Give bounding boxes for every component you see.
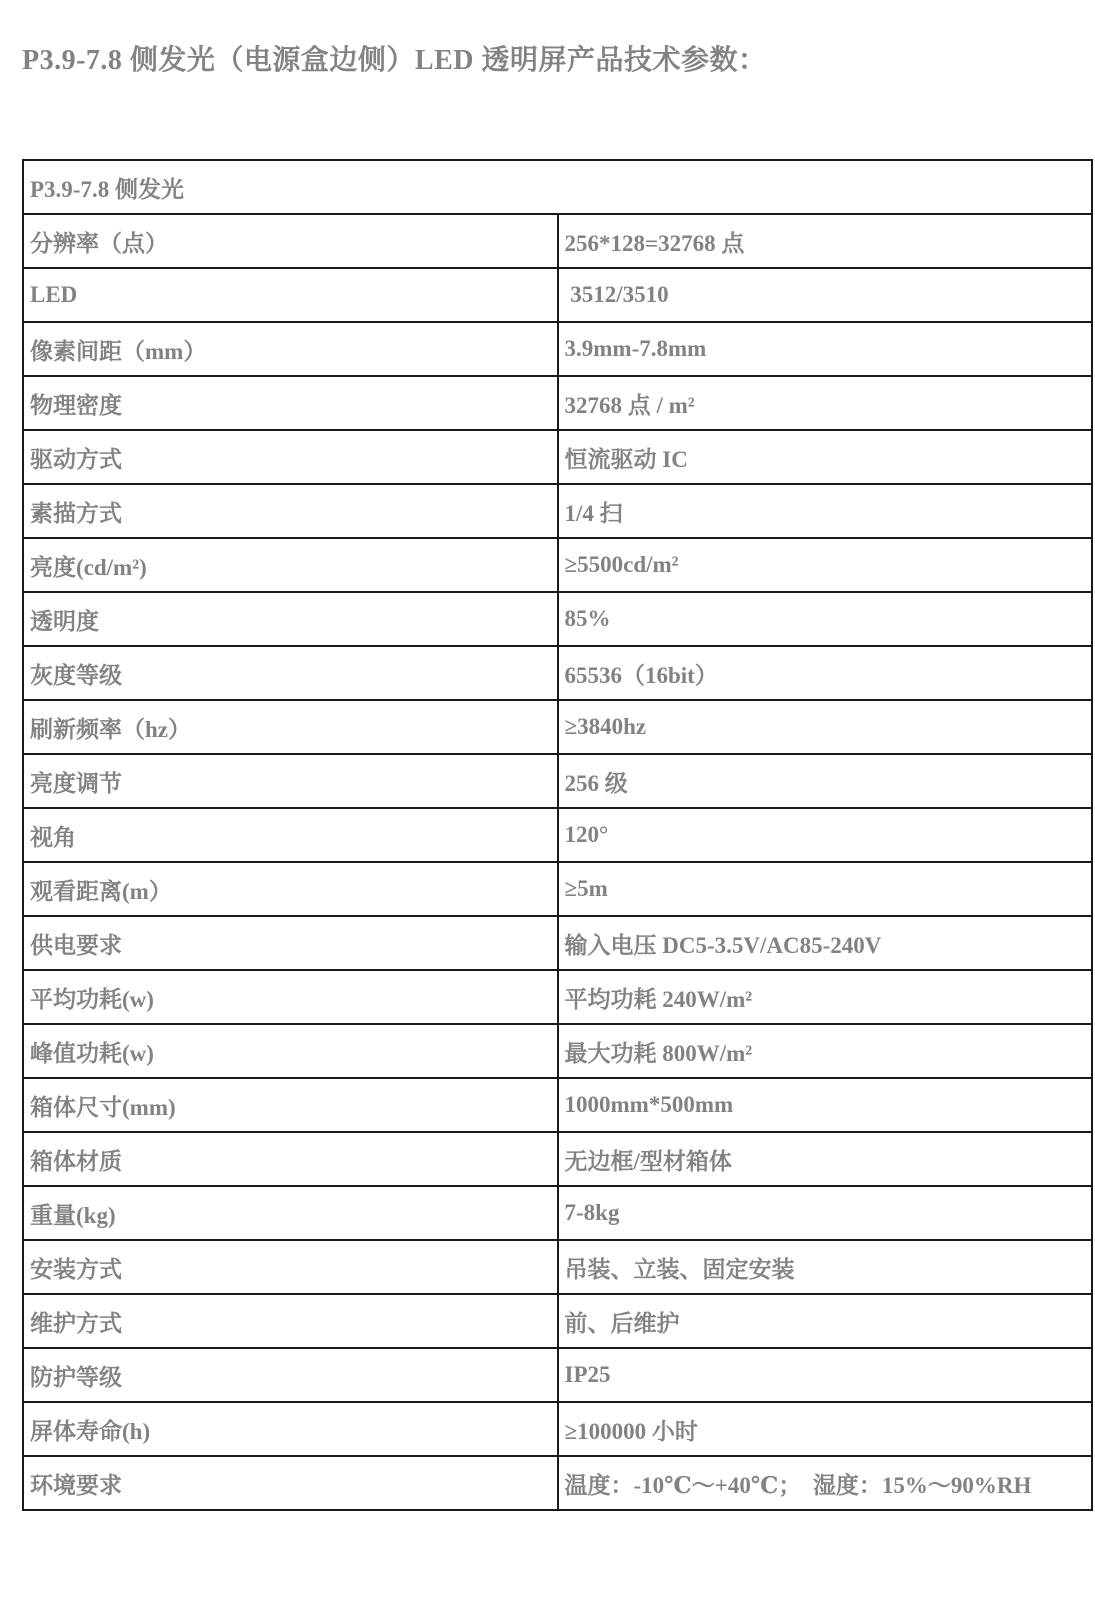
table-header-row: P3.9-7.8 侧发光	[23, 160, 1092, 214]
spec-label: 箱体尺寸(mm)	[23, 1078, 558, 1132]
table-row: LED 3512/3510	[23, 268, 1092, 322]
table-row: 防护等级IP25	[23, 1348, 1092, 1402]
spec-label: 安装方式	[23, 1240, 558, 1294]
table-row: 箱体材质无边框/型材箱体	[23, 1132, 1092, 1186]
spec-value: 输入电压 DC5-3.5V/AC85-240V	[558, 916, 1093, 970]
spec-value: 最大功耗 800W/m²	[558, 1024, 1093, 1078]
spec-label: 屏体寿命(h)	[23, 1402, 558, 1456]
spec-label: 像素间距（mm）	[23, 322, 558, 376]
table-row: 驱动方式恒流驱动 IC	[23, 430, 1092, 484]
spec-label: 素描方式	[23, 484, 558, 538]
spec-value: ≥5m	[558, 862, 1093, 916]
spec-value: 前、后维护	[558, 1294, 1093, 1348]
table-row: 刷新频率（hz）≥3840hz	[23, 700, 1092, 754]
table-row: 素描方式1/4 扫	[23, 484, 1092, 538]
spec-value: 恒流驱动 IC	[558, 430, 1093, 484]
table-row: 峰值功耗(w)最大功耗 800W/m²	[23, 1024, 1092, 1078]
spec-value: 无边框/型材箱体	[558, 1132, 1093, 1186]
spec-value: 65536（16bit）	[558, 646, 1093, 700]
table-row: 平均功耗(w)平均功耗 240W/m²	[23, 970, 1092, 1024]
spec-value: 256 级	[558, 754, 1093, 808]
spec-label: 分辨率（点）	[23, 214, 558, 268]
page-title: P3.9-7.8 侧发光（电源盒边侧）LED 透明屏产品技术参数：	[22, 38, 767, 78]
spec-value: 1000mm*500mm	[558, 1078, 1093, 1132]
spec-value: 32768 点 / m²	[558, 376, 1093, 430]
spec-value: 1/4 扫	[558, 484, 1093, 538]
spec-label: 平均功耗(w)	[23, 970, 558, 1024]
spec-label: 驱动方式	[23, 430, 558, 484]
spec-value: 平均功耗 240W/m²	[558, 970, 1093, 1024]
spec-value: 3.9mm-7.8mm	[558, 322, 1093, 376]
spec-label: LED	[23, 268, 558, 322]
spec-label: 供电要求	[23, 916, 558, 970]
spec-label: 防护等级	[23, 1348, 558, 1402]
table-row: 灰度等级65536（16bit）	[23, 646, 1092, 700]
table-row: 观看距离(m）≥5m	[23, 862, 1092, 916]
spec-value: 120°	[558, 808, 1093, 862]
table-row: 像素间距（mm）3.9mm-7.8mm	[23, 322, 1092, 376]
spec-value: 温度：-10℃～+40℃； 湿度：15%～90%RH	[558, 1456, 1093, 1510]
spec-table: P3.9-7.8 侧发光 分辨率（点）256*128=32768 点LED 35…	[22, 159, 1093, 1511]
spec-value: 7-8kg	[558, 1186, 1093, 1240]
spec-value: ≥5500cd/m²	[558, 538, 1093, 592]
table-row: 亮度(cd/m²)≥5500cd/m²	[23, 538, 1092, 592]
spec-label: 重量(kg)	[23, 1186, 558, 1240]
table-header-cell: P3.9-7.8 侧发光	[23, 160, 1092, 214]
spec-label: 环境要求	[23, 1456, 558, 1510]
spec-label: 灰度等级	[23, 646, 558, 700]
table-row: 视角120°	[23, 808, 1092, 862]
spec-label: 刷新频率（hz）	[23, 700, 558, 754]
table-row: 环境要求温度：-10℃～+40℃； 湿度：15%～90%RH	[23, 1456, 1092, 1510]
spec-label: 视角	[23, 808, 558, 862]
spec-value: 85%	[558, 592, 1093, 646]
spec-label: 物理密度	[23, 376, 558, 430]
spec-value: 256*128=32768 点	[558, 214, 1093, 268]
spec-label: 维护方式	[23, 1294, 558, 1348]
spec-value: 吊装、立装、固定安装	[558, 1240, 1093, 1294]
table-row: 透明度85%	[23, 592, 1092, 646]
spec-value: 3512/3510	[558, 268, 1093, 322]
table-row: 重量(kg)7-8kg	[23, 1186, 1092, 1240]
table-row: 屏体寿命(h)≥100000 小时	[23, 1402, 1092, 1456]
spec-label: 亮度调节	[23, 754, 558, 808]
table-row: 分辨率（点）256*128=32768 点	[23, 214, 1092, 268]
spec-table-body: P3.9-7.8 侧发光 分辨率（点）256*128=32768 点LED 35…	[23, 160, 1092, 1510]
table-row: 物理密度32768 点 / m²	[23, 376, 1092, 430]
spec-label: 峰值功耗(w)	[23, 1024, 558, 1078]
spec-label: 亮度(cd/m²)	[23, 538, 558, 592]
spec-label: 透明度	[23, 592, 558, 646]
spec-label: 观看距离(m）	[23, 862, 558, 916]
spec-value: ≥100000 小时	[558, 1402, 1093, 1456]
spec-value: ≥3840hz	[558, 700, 1093, 754]
table-row: 安装方式吊装、立装、固定安装	[23, 1240, 1092, 1294]
table-row: 供电要求输入电压 DC5-3.5V/AC85-240V	[23, 916, 1092, 970]
table-row: 亮度调节256 级	[23, 754, 1092, 808]
spec-value: IP25	[558, 1348, 1093, 1402]
spec-label: 箱体材质	[23, 1132, 558, 1186]
table-row: 维护方式前、后维护	[23, 1294, 1092, 1348]
table-row: 箱体尺寸(mm)1000mm*500mm	[23, 1078, 1092, 1132]
